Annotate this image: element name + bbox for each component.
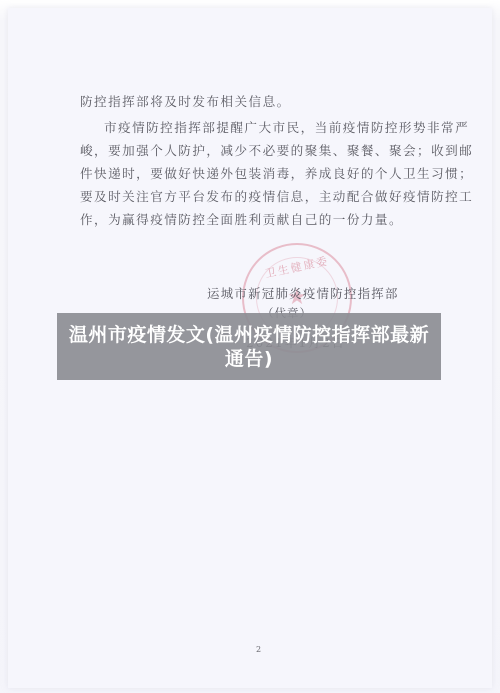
paragraph-line: 要及时关注官方平台发布的疫情信息，主动配合做好疫情防控工: [80, 190, 420, 204]
title-overlay-banner: 温州市疫情发文(温州疫情防控指挥部最新通告): [57, 313, 441, 380]
page-background: 防控指挥部将及时发布相关信息。 市疫情防控指挥部提醒广大市民，当前疫情防控形势非…: [0, 0, 500, 693]
page-number: 2: [256, 645, 261, 654]
paragraph-line: 峻，要加强个人防护，减少不必要的聚集、聚餐、聚会；收到邮: [80, 144, 420, 158]
paragraph-line: 防控指挥部将及时发布相关信息。: [80, 95, 420, 109]
paragraph-line: 作，为赢得疫情防控全面胜利贡献自己的一份力量。: [80, 213, 420, 227]
paragraph-line: 市疫情防控指挥部提醒广大市民，当前疫情防控形势非常严: [104, 121, 444, 135]
issuer-signature: 运城市新冠肺炎疫情防控指挥部: [207, 284, 399, 302]
article-title: 温州市疫情发文(温州疫情防控指挥部最新通告): [64, 323, 434, 371]
paragraph-line: 件快递时，要做好快递外包装消毒，养成良好的个人卫生习惯；: [80, 167, 420, 181]
